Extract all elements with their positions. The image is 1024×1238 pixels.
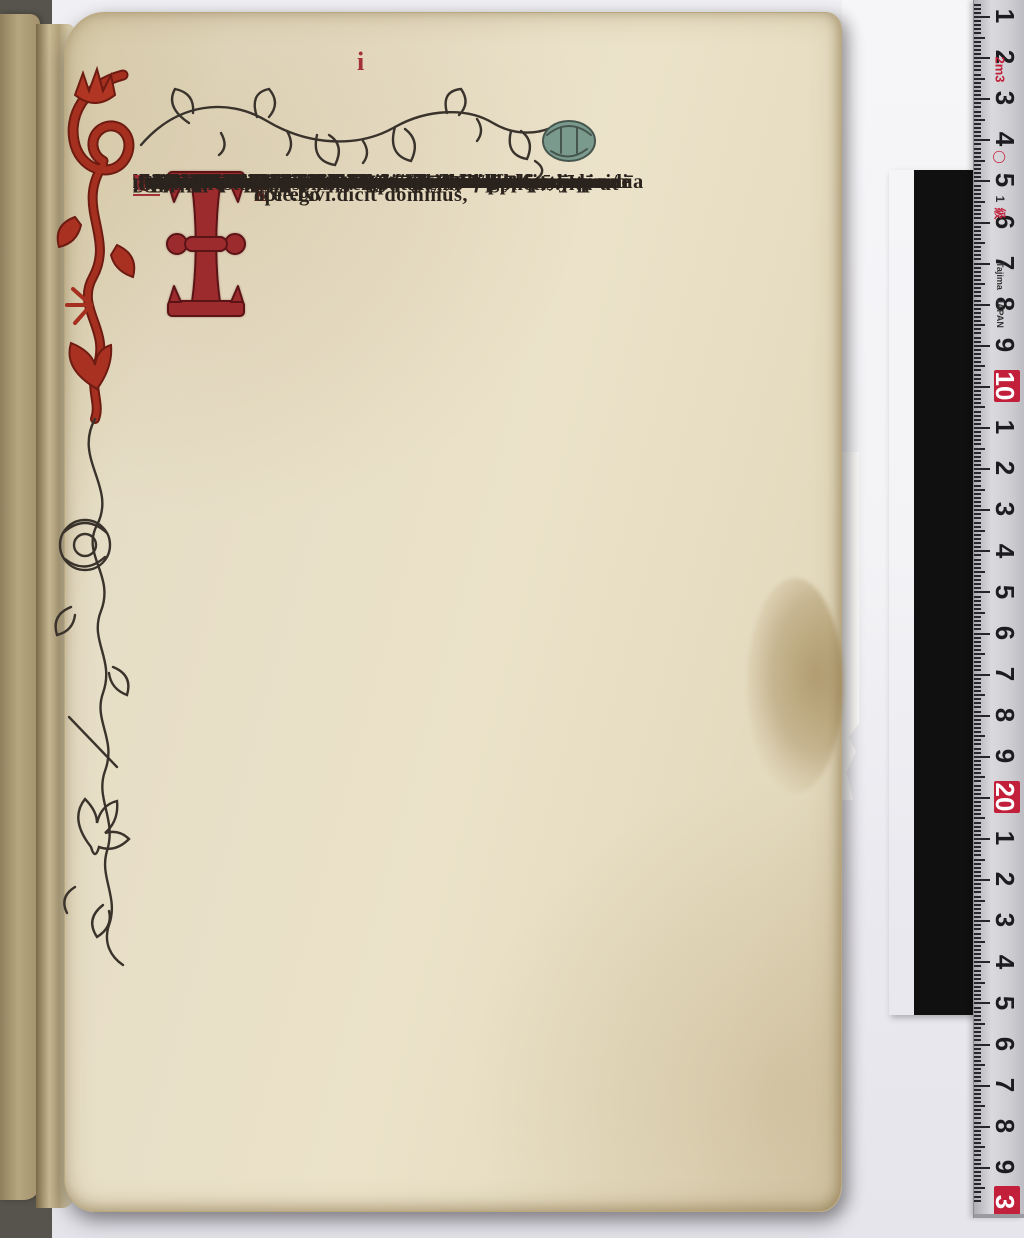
ruler-tick	[974, 604, 981, 606]
ruler-tick	[974, 1007, 981, 1009]
ruler-tick	[974, 57, 990, 59]
ruler-tick	[974, 341, 981, 343]
ruler-tick	[974, 1163, 981, 1165]
ruler-tick	[974, 1089, 981, 1091]
ruler-tick	[974, 357, 981, 359]
ruler-tick	[974, 291, 981, 293]
ruler-tick	[974, 127, 981, 129]
ruler-tick	[974, 994, 981, 996]
ruler-tick	[974, 230, 981, 232]
ruler-tick	[974, 998, 981, 1000]
ruler-number: 3	[994, 493, 1020, 525]
ruler-tick	[974, 65, 981, 67]
book-cover-edge	[0, 14, 40, 1200]
ruler-tick	[974, 1150, 981, 1152]
ruler-tick	[974, 756, 990, 758]
ruler-tick	[974, 838, 990, 840]
ruler-tick	[974, 217, 981, 219]
ruler-tick	[974, 337, 981, 339]
ruler-number: 9	[994, 1151, 1020, 1183]
ruler-tick	[974, 928, 981, 930]
page-stain	[747, 578, 843, 793]
ruler-tick	[974, 990, 981, 992]
floral-border-left	[45, 67, 141, 973]
ruler-tick	[974, 8, 981, 10]
ruler-number: 3	[994, 904, 1020, 936]
ruler-tick	[974, 172, 981, 174]
ruler-tick	[974, 669, 981, 671]
ruler-tick	[974, 69, 981, 71]
ruler-tick	[974, 283, 985, 285]
ruler-tick	[974, 805, 981, 807]
ruler-tick	[974, 1068, 981, 1070]
ruler-tick	[974, 1122, 981, 1124]
ruler-tick	[974, 139, 990, 141]
ruler-tick	[974, 164, 981, 166]
ruler-tick	[974, 443, 981, 445]
ruler-tick	[974, 830, 981, 832]
ruler-tick	[974, 731, 981, 733]
ruler-tick	[974, 213, 981, 215]
color-patches	[917, 170, 975, 1015]
ruler-tick	[974, 94, 981, 96]
ruler-tick	[974, 1175, 981, 1177]
ruler-tick	[974, 649, 981, 651]
ruler-tick	[974, 674, 990, 676]
ruler-tick	[974, 300, 981, 302]
ruler-tick	[974, 752, 981, 754]
ruler-number: 8	[994, 1110, 1020, 1142]
ruler-tick	[974, 809, 981, 811]
ruler-tick	[974, 526, 981, 528]
ruler-tick	[974, 768, 981, 770]
ruler-tick	[974, 949, 981, 951]
ruler-tick	[974, 550, 990, 552]
ruler-tick	[974, 505, 981, 507]
ruler-tick	[974, 316, 981, 318]
ruler-tick	[974, 801, 981, 803]
ruler-mark: Tajima	[995, 262, 1005, 288]
ruler-tick	[974, 369, 981, 371]
ruler-tick	[974, 411, 981, 413]
ruler: 12345678910123456789201234567893 2m3◯1級T…	[973, 0, 1024, 1218]
ruler-tick	[974, 489, 985, 491]
ruler-tick	[974, 739, 981, 741]
ruler-tick	[974, 554, 981, 556]
ruler-tick	[974, 1196, 981, 1198]
ruler-tick	[974, 1023, 985, 1025]
text-segment: n aduerbio ergo	[133, 171, 281, 194]
ruler-tick	[974, 600, 981, 602]
ruler-mark: 2m3	[993, 57, 1008, 83]
ruler-tick	[974, 152, 981, 154]
ruler-tick	[974, 961, 990, 963]
ruler-tick	[974, 694, 985, 696]
ruler-tick	[974, 583, 981, 585]
floral-headpiece	[137, 83, 611, 183]
ruler-tick	[974, 406, 985, 408]
ruler-tick	[974, 690, 981, 692]
ruler-tick	[974, 1035, 981, 1037]
ruler-tick	[974, 476, 981, 478]
ruler-tick	[974, 715, 990, 717]
ruler-tick	[974, 28, 981, 30]
ruler-tick	[974, 365, 985, 367]
ruler-tick	[974, 1130, 981, 1132]
ruler-tick	[974, 226, 981, 228]
ruler-tick	[974, 493, 981, 495]
ruler-tick	[974, 119, 985, 121]
ruler-tick	[974, 620, 981, 622]
ruler-tick	[974, 398, 981, 400]
ruler-tick	[974, 16, 990, 18]
ruler-tick	[974, 698, 981, 700]
ruler-tick	[974, 345, 990, 347]
ruler-tick	[974, 1167, 990, 1169]
ruler-tick	[974, 143, 981, 145]
ruler-tick	[974, 480, 981, 482]
ruler-mark: JAPAN	[995, 298, 1005, 324]
book-page: i Opus de misterio misse, Domini frisAlb…	[64, 12, 842, 1212]
ruler-tick	[974, 702, 981, 704]
ruler-tick	[974, 271, 981, 273]
ruler-number: 1	[994, 411, 1020, 443]
ruler-tick	[974, 41, 981, 43]
ruler-tick	[974, 826, 981, 828]
ruler-tick	[974, 723, 981, 725]
ruler-tick	[974, 641, 981, 643]
ruler-tick	[974, 793, 981, 795]
ruler-tick	[974, 542, 981, 544]
ruler-tick	[974, 201, 985, 203]
ruler-tick	[974, 32, 981, 34]
ruler-tick	[974, 579, 981, 581]
ruler-tick	[974, 267, 981, 269]
ruler-end-cap	[974, 1214, 1024, 1218]
ruler-tick	[974, 263, 990, 265]
ruler-tick	[974, 661, 981, 663]
photo-stage: i Opus de misterio misse, Domini frisAlb…	[0, 0, 1024, 1238]
ruler-tick	[974, 628, 981, 630]
ruler-mark: 級	[992, 201, 1009, 227]
grayscale-wedge	[889, 178, 914, 1013]
ruler-tick	[974, 834, 981, 836]
ruler-tick	[974, 563, 981, 565]
ruler-tick	[974, 361, 981, 363]
ruler-tick	[974, 665, 981, 667]
ruler-tick	[974, 682, 981, 684]
ruler-tick	[974, 596, 981, 598]
ruler-tick	[974, 234, 981, 236]
ruler-tick	[974, 324, 985, 326]
ruler-tick	[974, 497, 981, 499]
ruler-tick	[974, 1191, 981, 1193]
ruler-tick	[974, 1142, 981, 1144]
ruler-tick	[974, 616, 981, 618]
ruler-tick	[974, 850, 981, 852]
ruler-tick	[974, 933, 981, 935]
folio-mark: i	[357, 47, 364, 77]
ruler-tick	[974, 534, 981, 536]
ruler-tick	[974, 332, 981, 334]
ruler-tick	[974, 295, 981, 297]
ruler-tick	[974, 780, 981, 782]
ruler-tick	[974, 1171, 981, 1173]
ruler-tick	[974, 12, 981, 14]
ruler-number: 7	[994, 658, 1020, 690]
ruler-tick	[974, 1085, 990, 1087]
ruler-tick	[974, 1027, 981, 1029]
ruler-number: 5	[994, 576, 1020, 608]
ruler-tick	[974, 1093, 981, 1095]
ruler-tick	[974, 209, 981, 211]
ruler-tick	[974, 785, 981, 787]
ruler-tick	[974, 867, 981, 869]
ruler-tick	[974, 1126, 990, 1128]
ruler-tick	[974, 920, 990, 922]
ruler-tick	[974, 464, 981, 466]
ruler-tick	[974, 965, 981, 967]
ruler-tick	[974, 1076, 981, 1078]
ruler-tick	[974, 1101, 981, 1103]
ruler-tick	[974, 912, 981, 914]
ruler-number: 5	[994, 987, 1020, 1019]
ruler-tick	[974, 439, 981, 441]
ruler-tick	[974, 538, 981, 540]
ruler-tick	[974, 711, 981, 713]
ruler-tick	[974, 1015, 981, 1017]
ruler-tick	[974, 78, 985, 80]
ruler-number: 4	[994, 535, 1020, 567]
ruler-tick	[974, 328, 981, 330]
ruler-tick	[974, 575, 981, 577]
ruler-tick	[974, 1146, 985, 1148]
ruler-tick	[974, 624, 981, 626]
ruler-tick	[974, 279, 981, 281]
ruler-tick	[974, 863, 981, 865]
ruler-tick	[974, 633, 990, 635]
ruler-tick	[974, 106, 981, 108]
ruler-tick	[974, 743, 981, 745]
ruler-tick	[974, 320, 981, 322]
ruler-tick	[974, 970, 981, 972]
ruler-tick	[974, 1154, 981, 1156]
ruler-tick	[974, 427, 990, 429]
ruler-tick	[974, 378, 981, 380]
ruler-number: 1	[994, 822, 1020, 854]
ruler-tick	[974, 957, 981, 959]
ruler-tick	[974, 349, 981, 351]
ruler-tick	[974, 1072, 981, 1074]
ruler-tick	[974, 735, 985, 737]
ruler-tick	[974, 254, 981, 256]
ruler-tick	[974, 419, 981, 421]
ruler-tick	[974, 1011, 981, 1013]
ruler-tick	[974, 468, 990, 470]
ruler-tick	[974, 1052, 981, 1054]
ruler-tick	[974, 250, 981, 252]
ruler-tick	[974, 1002, 990, 1004]
ruler-tick	[974, 402, 981, 404]
ruler-tick	[974, 891, 981, 893]
ruler-tick	[974, 189, 981, 191]
ruler-tick	[974, 24, 981, 26]
ruler-tick	[974, 924, 981, 926]
ruler-tick	[974, 817, 985, 819]
ruler-tick	[974, 45, 981, 47]
ruler-tick	[974, 197, 981, 199]
ruler-tick	[974, 1064, 985, 1066]
ruler-tick	[974, 706, 981, 708]
ruler-number: 6	[994, 617, 1020, 649]
ruler-tick	[974, 727, 981, 729]
ruler-tick	[974, 916, 981, 918]
ruler-tick	[974, 941, 985, 943]
ruler-tick	[974, 1117, 981, 1119]
ruler-tick	[974, 978, 981, 980]
ruler-mark: ◯	[993, 144, 1007, 170]
ruler-tick	[974, 485, 981, 487]
ruler-tick	[974, 559, 981, 561]
ruler-tick	[974, 760, 981, 762]
ruler-tick	[974, 1097, 981, 1099]
ruler-number: 6	[994, 1028, 1020, 1060]
ruler-tick	[974, 1109, 981, 1111]
ruler-tick	[974, 1031, 981, 1033]
ruler-tick	[974, 431, 981, 433]
ruler-number: 10	[994, 370, 1020, 402]
ruler-tick	[974, 448, 985, 450]
ruler-tick	[974, 1060, 981, 1062]
ruler-tick	[974, 1159, 981, 1161]
ruler-tick	[974, 61, 981, 63]
ruler-tick	[974, 567, 981, 569]
ruler-tick	[974, 222, 990, 224]
ruler-tick	[974, 308, 981, 310]
ruler-tick	[974, 657, 981, 659]
ruler-tick	[974, 509, 990, 511]
ruler-tick	[974, 686, 981, 688]
ruler-tick	[974, 135, 981, 137]
ruler-tick	[974, 1179, 981, 1181]
ruler-tick	[974, 982, 985, 984]
ruler-tick	[974, 82, 981, 84]
ruler-tick	[974, 612, 985, 614]
ruler-number: 7	[994, 1069, 1020, 1101]
ruler-number: 1	[994, 0, 1020, 32]
ruler-tick	[974, 452, 981, 454]
ruler-tick	[974, 842, 981, 844]
ruler-number: 2	[994, 452, 1020, 484]
ruler-tick	[974, 822, 981, 824]
ruler-tick	[974, 20, 981, 22]
ruler-tick	[974, 748, 981, 750]
ruler-tick	[974, 304, 990, 306]
ruler-tick	[974, 937, 981, 939]
ruler-tick	[974, 1019, 981, 1021]
ruler-tick	[974, 353, 981, 355]
ruler-tick	[974, 653, 985, 655]
ruler-tick	[974, 74, 981, 76]
ruler-tick	[974, 789, 981, 791]
ruler-tick	[974, 382, 981, 384]
ruler-tick	[974, 522, 981, 524]
ruler-tick	[974, 571, 985, 573]
ruler-tick	[974, 875, 981, 877]
ruler-tick	[974, 115, 981, 117]
ruler-tick	[974, 193, 981, 195]
ruler-tick	[974, 813, 981, 815]
ruler-tick	[974, 238, 981, 240]
ruler-tick	[974, 374, 981, 376]
ruler-tick	[974, 394, 981, 396]
ruler-tick	[974, 974, 981, 976]
ruler-tick	[974, 587, 981, 589]
ruler-tick	[974, 772, 981, 774]
ruler-tick	[974, 1200, 981, 1202]
ruler-tick	[974, 871, 981, 873]
ruler-tick	[974, 131, 981, 133]
ruler-tick	[974, 1105, 985, 1107]
ruler-tick	[974, 1187, 985, 1189]
ruler-tick	[974, 896, 981, 898]
ruler-tick	[974, 883, 981, 885]
ruler-tick	[974, 1080, 981, 1082]
ruler-tick	[974, 156, 981, 158]
ruler-tick	[974, 4, 981, 6]
ruler-tick	[974, 205, 981, 207]
ruler-tick	[974, 37, 985, 39]
ruler-tick	[974, 879, 990, 881]
ruler-tick	[974, 908, 981, 910]
ruler-tick	[974, 591, 990, 593]
color-calibration-card	[889, 170, 975, 1015]
ruler-tick	[974, 53, 981, 55]
ruler-tick	[974, 456, 981, 458]
ruler-tick	[974, 246, 981, 248]
ruler-tick	[974, 111, 981, 113]
ruler-tick	[974, 1113, 981, 1115]
ruler-tick	[974, 1048, 981, 1050]
ruler-tick	[974, 513, 981, 515]
ruler-tick	[974, 764, 981, 766]
ruler-tick	[974, 390, 981, 392]
ruler-tick	[974, 1056, 981, 1058]
ruler-tick	[974, 49, 981, 51]
ruler-tick	[974, 176, 981, 178]
ruler-tick	[974, 102, 981, 104]
ruler-number: 3	[994, 82, 1020, 114]
ruler-tick	[974, 98, 990, 100]
ruler-tick	[974, 180, 990, 182]
ruler-tick	[974, 887, 981, 889]
ruler-tick	[974, 460, 981, 462]
ruler-tick	[974, 900, 985, 902]
ruler-number: 2	[994, 863, 1020, 895]
ruler-tick	[974, 386, 990, 388]
ruler-tick	[974, 275, 981, 277]
ruler-tick	[974, 678, 981, 680]
ruler-tick	[974, 258, 981, 260]
ruler-tick	[974, 415, 981, 417]
ruler-tick	[974, 1039, 981, 1041]
ruler-tick	[974, 1138, 981, 1140]
ruler-tick	[974, 608, 981, 610]
ruler-tick	[974, 86, 981, 88]
ruler-tick	[974, 148, 981, 150]
ruler-tick	[974, 637, 981, 639]
ruler-tick	[974, 423, 981, 425]
